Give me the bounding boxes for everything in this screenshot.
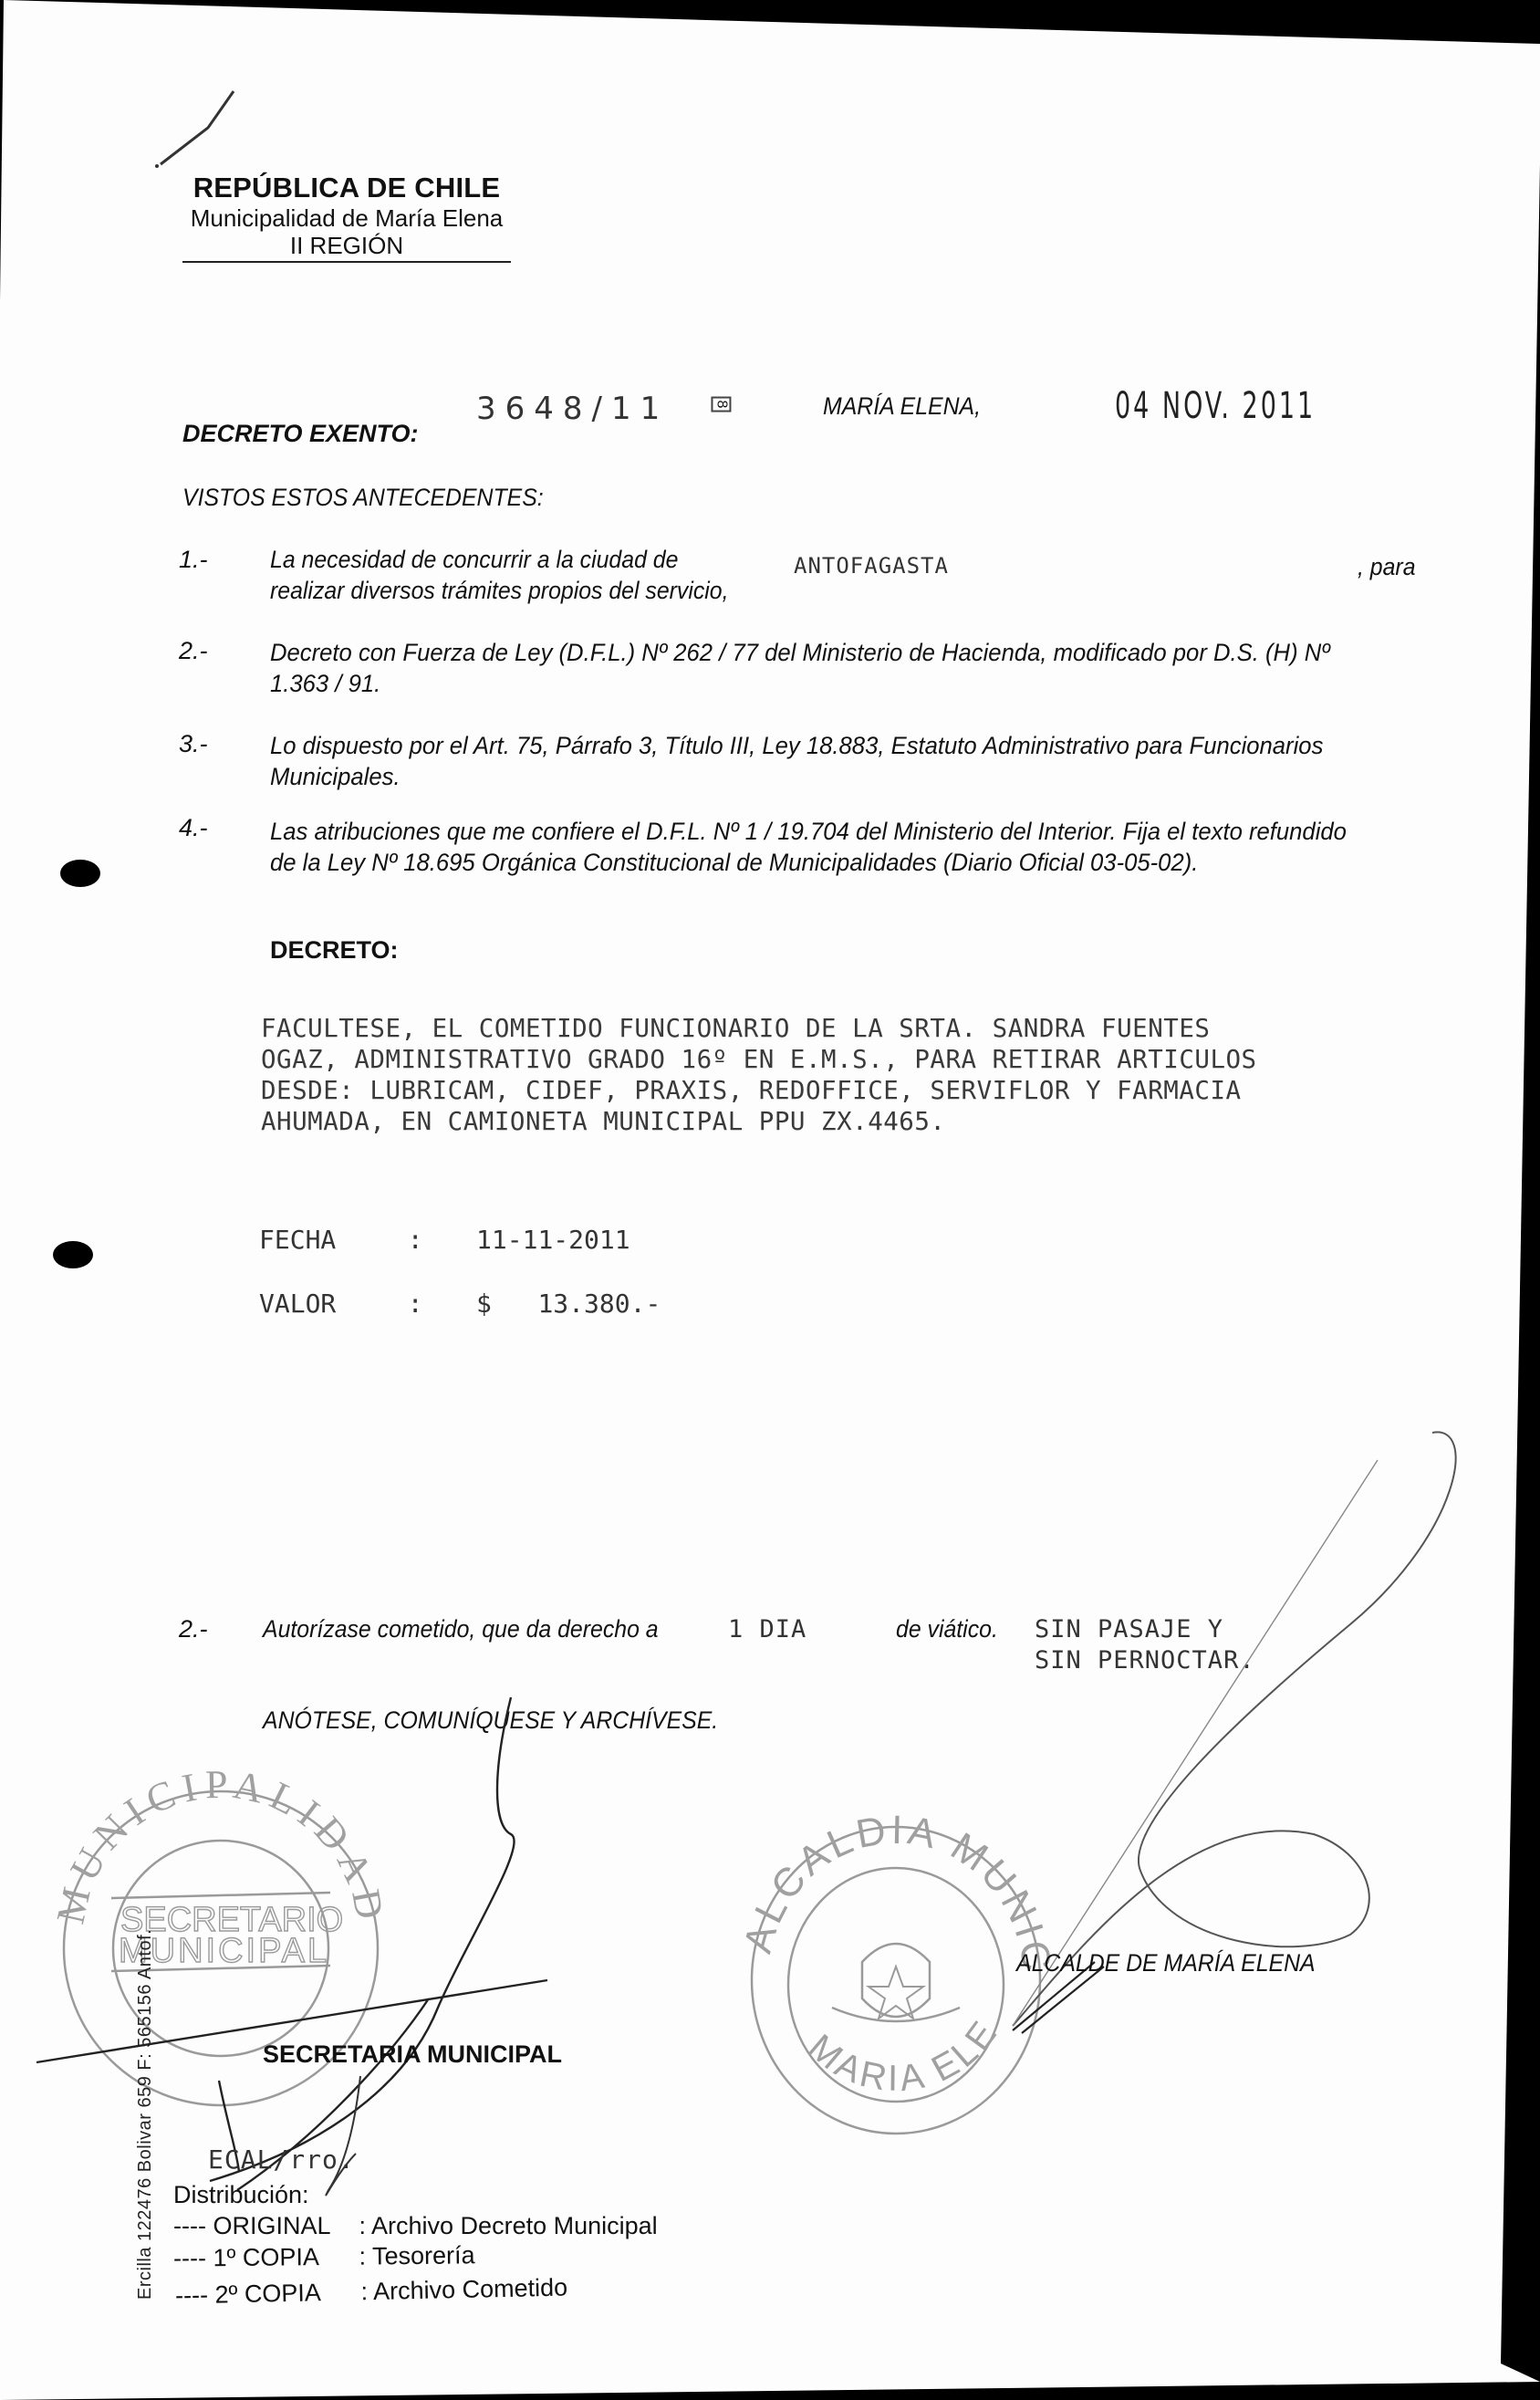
distribution-row: ---- 1º COPIA : Tesorería	[173, 2239, 475, 2273]
distribution-copy: ---- 1º COPIA	[173, 2241, 352, 2274]
printer-imprint: Ercilla 122476 Bolivar 659 F: 565156 Ant…	[135, 1929, 156, 2300]
distribution-row: ---- ORIGINAL : Archivo Decreto Municipa…	[173, 2210, 658, 2241]
distribution-copy: ---- ORIGINAL	[173, 2210, 352, 2241]
scanned-document-page: REPÚBLICA DE CHILE Municipalidad de Marí…	[0, 0, 1540, 2400]
distribution-destination: : Archivo Decreto Municipal	[359, 2212, 658, 2239]
distribution-destination: : Tesorería	[359, 2241, 474, 2270]
distribution-heading: Distribución:	[173, 2179, 309, 2210]
svg-text:MUNICIPALIDAD DE MARÍA ELENA: MUNICIPALIDAD DE MARÍA ELENA	[0, 0, 394, 1929]
stamps-and-signatures: MUNICIPALIDAD DE MARÍA ELENA SECRETARIO …	[0, 0, 1540, 2400]
secretary-signature-title: SECRETARIA MUNICIPAL	[263, 2040, 562, 2069]
mayor-signature-title: ALCALDE DE MARÍA ELENA	[1016, 1949, 1316, 1977]
svg-text:ALCALDIA MUNICIPAL: ALCALDIA MUNICIPAL	[0, 0, 1060, 1977]
distribution-copy: ---- 2º COPIA	[175, 2276, 355, 2311]
initials: ECAL/rro.	[208, 2144, 355, 2175]
distribution-destination: : Archivo Cometido	[360, 2273, 567, 2305]
